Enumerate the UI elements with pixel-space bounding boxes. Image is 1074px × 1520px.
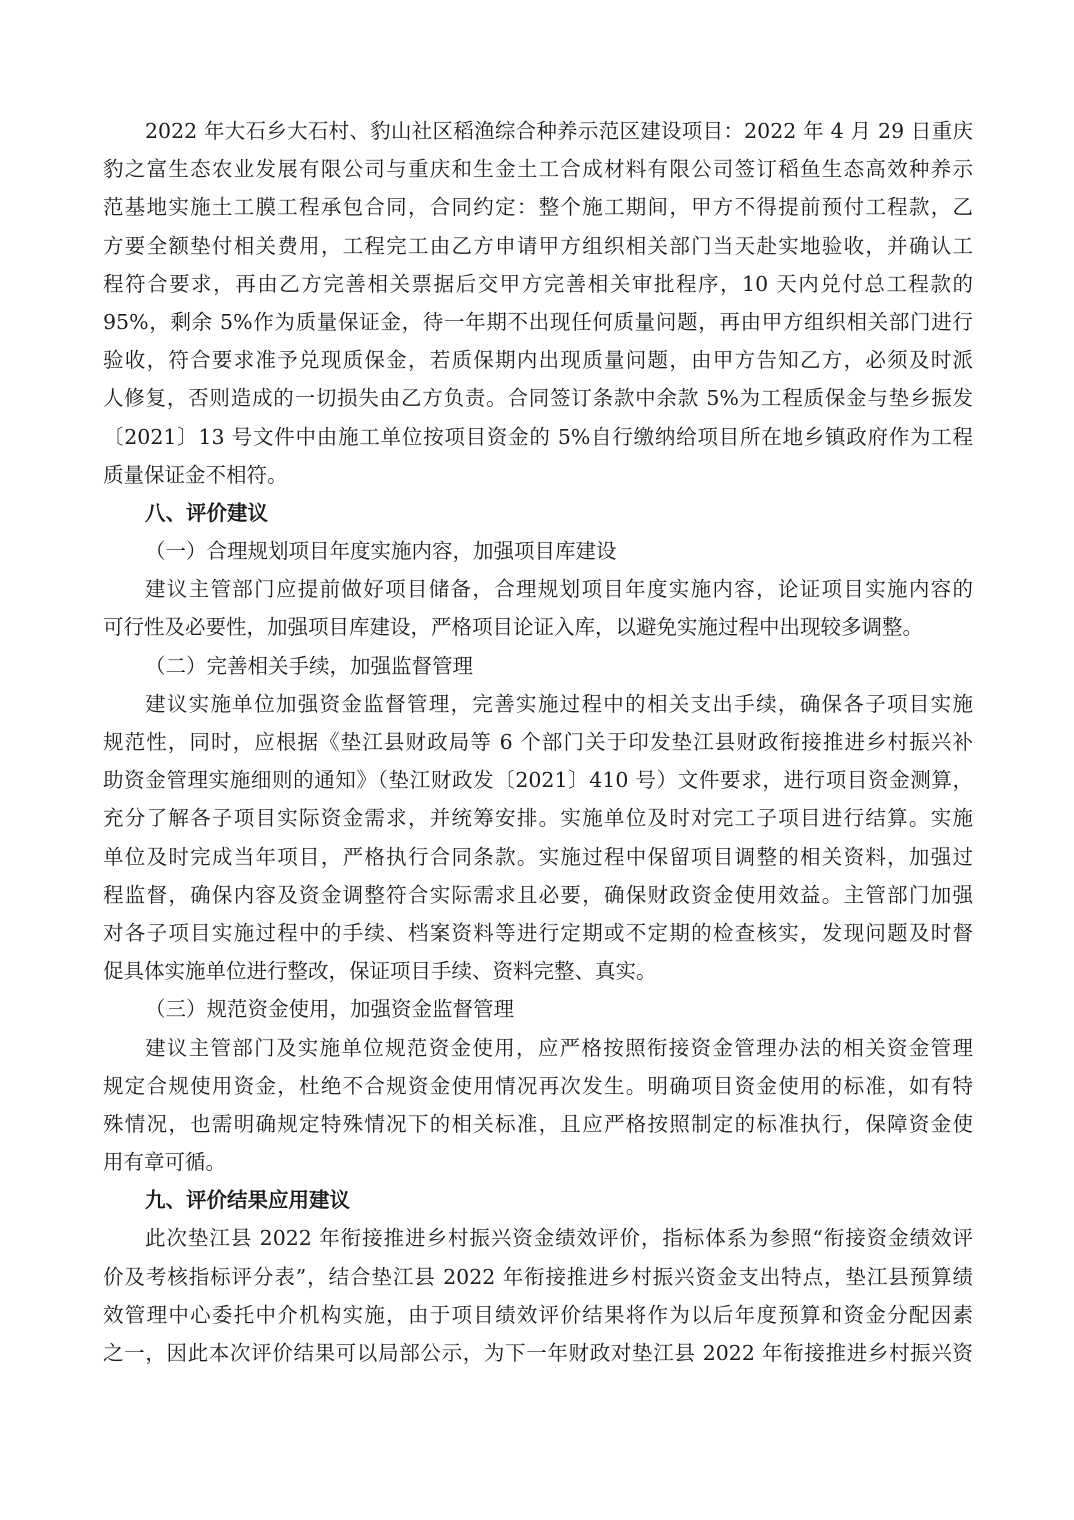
text-line: 方要全额垫付相关费用，工程完工由乙方申请甲方组织相关部门当天赴实地验收，并确认工 [103, 227, 973, 265]
text-line: 质量保证金不相符。 [103, 456, 973, 494]
text-line: 验收，符合要求准予兑现质保金，若质保期内出现质量问题，由甲方告知乙方，必须及时派 [103, 341, 973, 379]
text-line: 〔2021〕13 号文件中由施工单位按项目资金的 5%自行缴纳给项目所在地乡镇政… [103, 418, 973, 456]
text-line: 建议主管部门及实施单位规范资金使用，应严格按照衔接资金管理办法的相关资金管理 [103, 1029, 973, 1067]
text-line: 2022 年大石乡大石村、豹山社区稻渔综合种养示范区建设项目：2022 年 4 … [103, 112, 973, 150]
section-heading: 九、评价结果应用建议 [103, 1181, 973, 1219]
text-line: 建议主管部门应提前做好项目储备，合理规划项目年度实施内容，论证项目实施内容的 [103, 570, 973, 608]
text-line: 95%，剩余 5%作为质量保证金，待一年期不出现任何质量问题，再由甲方组织相关部… [103, 303, 973, 341]
text-line: 价及考核指标评分表”，结合垫江县 2022 年衔接推进乡村振兴资金支出特点，垫江… [103, 1258, 973, 1296]
text-line: 可行性及必要性，加强项目库建设，严格项目论证入库，以避免实施过程中出现较多调整。 [103, 608, 973, 646]
text-line: 效管理中心委托中介机构实施，由于项目绩效评价结果将作为以后年度预算和资金分配因素 [103, 1296, 973, 1334]
text-line: 用有章可循。 [103, 1143, 973, 1181]
text-line: 程符合要求，再由乙方完善相关票据后交甲方完善相关审批程序，10 天内兑付总工程款… [103, 265, 973, 303]
subsection-title: （一）合理规划项目年度实施内容，加强项目库建设 [103, 532, 973, 570]
text-line: 之一，因此本次评价结果可以局部公示，为下一年财政对垫江县 2022 年衔接推进乡… [103, 1334, 973, 1372]
subsection-title: （三）规范资金使用，加强资金监督管理 [103, 990, 973, 1028]
text-line: 对各子项目实施过程中的手续、档案资料等进行定期或不定期的检查核实，发现问题及时督 [103, 914, 973, 952]
text-line: 规范性，同时，应根据《垫江县财政局等 6 个部门关于印发垫江县财政衔接推进乡村振… [103, 723, 973, 761]
text-line: 范基地实施土工膜工程承包合同，合同约定：整个施工期间，甲方不得提前预付工程款，乙 [103, 188, 973, 226]
text-line: 规定合规使用资金，杜绝不合规资金使用情况再次发生。明确项目资金使用的标准，如有特 [103, 1067, 973, 1105]
paragraph-rice-fish-project: 2022 年大石乡大石村、豹山社区稻渔综合种养示范区建设项目：2022 年 4 … [103, 112, 973, 494]
text-line: 人修复，否则造成的一切损失由乙方负责。合同签订条款中余款 5%为工程质保金与垫乡… [103, 379, 973, 417]
text-line: 豹之富生态农业发展有限公司与重庆和生金土工合成材料有限公司签订稻鱼生态高效种养示 [103, 150, 973, 188]
section-heading: 八、评价建议 [103, 494, 973, 532]
subsection-title: （二）完善相关手续，加强监督管理 [103, 647, 973, 685]
text-line: 程监督，确保内容及资金调整符合实际需求且必要，确保财政资金使用效益。主管部门加强 [103, 876, 973, 914]
text-line: 建议实施单位加强资金监督管理，完善实施过程中的相关支出手续，确保各子项目实施 [103, 685, 973, 723]
section-result-application: 九、评价结果应用建议 此次垫江县 2022 年衔接推进乡村振兴资金绩效评价，指标… [103, 1181, 973, 1372]
text-line: 殊情况，也需明确规定特殊情况下的相关标准，且应严格按照制定的标准执行，保障资金使 [103, 1105, 973, 1143]
text-line: 助资金管理实施细则的通知》（垫江财政发〔2021〕410 号）文件要求，进行项目… [103, 761, 973, 799]
text-line: 充分了解各子项目实际资金需求，并统筹安排。实施单位及时对完工子项目进行结算。实施 [103, 799, 973, 837]
section-evaluation-suggestions: 八、评价建议 （一）合理规划项目年度实施内容，加强项目库建设 建议主管部门应提前… [103, 494, 973, 1181]
document-page: 2022 年大石乡大石村、豹山社区稻渔综合种养示范区建设项目：2022 年 4 … [103, 112, 973, 1372]
text-line: 此次垫江县 2022 年衔接推进乡村振兴资金绩效评价，指标体系为参照“衔接资金绩… [103, 1219, 973, 1257]
text-line: 单位及时完成当年项目，严格执行合同条款。实施过程中保留项目调整的相关资料，加强过 [103, 838, 973, 876]
text-line: 促具体实施单位进行整改，保证项目手续、资料完整、真实。 [103, 952, 973, 990]
